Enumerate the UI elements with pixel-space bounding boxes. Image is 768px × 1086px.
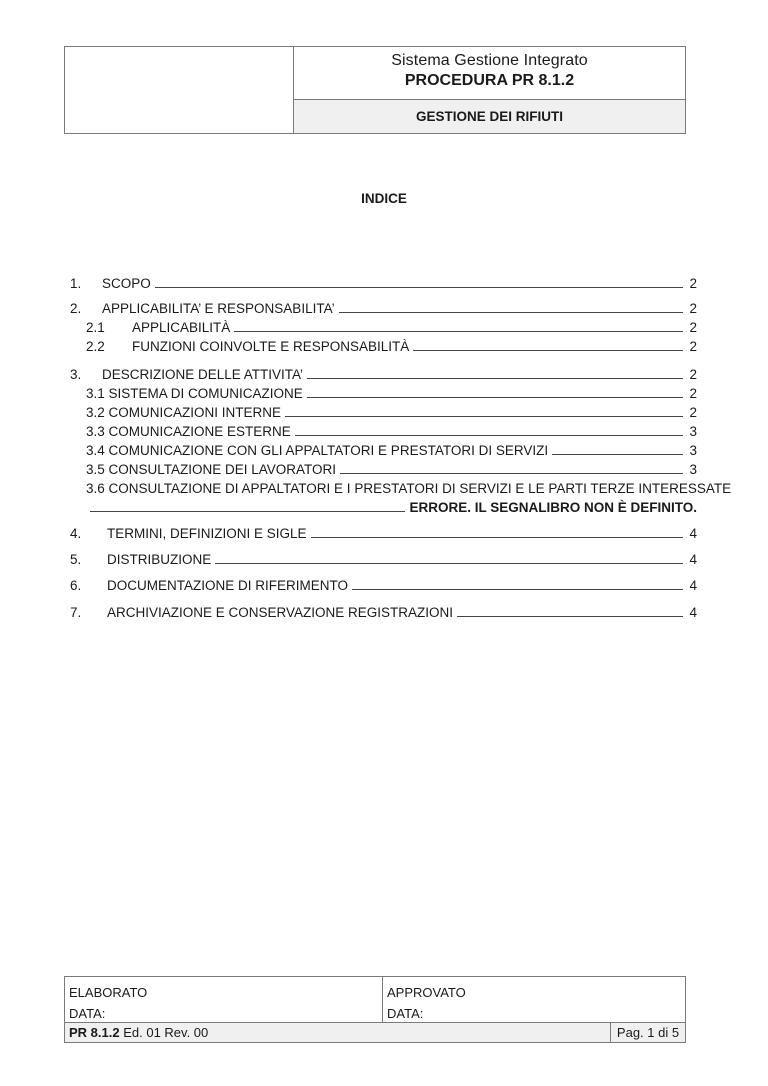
approved-date-label: DATA: [387,1003,466,1024]
toc-page-number: 2 [687,367,697,382]
toc-entry-title: DOCUMENTAZIONE DI RIFERIMENTO [107,578,348,593]
prepared-date-label: DATA: [69,1003,378,1024]
logo-cell [65,47,294,133]
toc-entry-number: 2. [70,301,102,316]
toc-entry-number: 1. [70,276,102,291]
toc-page-number: 2 [687,320,697,335]
toc-page-number: 3 [687,443,697,458]
toc-leader-line [307,397,683,398]
footer-edition: Ed. 01 Rev. 00 [123,1025,208,1040]
toc-page-number: 4 [687,605,697,620]
toc-page-number: 4 [687,552,697,567]
toc-page-number: 2 [687,405,697,420]
procedure-subject: GESTIONE DEI RIFIUTI [294,100,685,133]
toc-entry-number: 7. [70,605,107,620]
toc-entry[interactable]: 5.DISTRIBUZIONE4 [70,549,697,567]
toc-entry[interactable]: 3.6 CONSULTAZIONE DI APPALTATORI E I PRE… [86,478,697,496]
toc-entry-title: 3.5 CONSULTAZIONE DEI LAVORATORI [86,462,336,477]
toc-leader-line [307,378,683,379]
document-footer: ELABORATO DATA: APPROVATO DATA: PR 8.1.2… [64,976,686,1043]
toc-entry[interactable]: 3.1 SISTEMA DI COMUNICAZIONE2 [86,383,697,401]
toc-page-number: 4 [687,526,697,541]
toc-leader-line [155,287,683,288]
toc-entry[interactable]: 3.DESCRIZIONE DELLE ATTIVITA’2 [70,364,697,382]
page-number: Pag. 1 di 5 [610,1023,685,1042]
toc-entry[interactable]: ERRORE. IL SEGNALIBRO NON È DEFINITO. [90,497,697,515]
toc-page-number: 3 [687,424,697,439]
toc-entry-number: 6. [70,578,107,593]
toc-leader-line [340,473,683,474]
toc-leader-line [295,435,683,436]
toc-entry-number: 2.2 [86,339,132,354]
toc-entry[interactable]: 6.DOCUMENTAZIONE DI RIFERIMENTO4 [70,575,697,593]
prepared-label: ELABORATO [69,982,378,1003]
procedure-code: PROCEDURA PR 8.1.2 [294,72,685,90]
toc-page-number: 2 [687,386,697,401]
toc-leader-line [457,616,683,617]
toc-page-number: 2 [687,301,697,316]
toc-entry-title: 3.3 COMUNICAZIONE ESTERNE [86,424,291,439]
toc-leader-line [339,312,683,313]
toc-entry[interactable]: 1.SCOPO2 [70,273,697,291]
footer-doc-code: PR 8.1.2 [69,1025,120,1040]
approved-label: APPROVATO [387,982,466,1003]
toc-entry-title: DESCRIZIONE DELLE ATTIVITA’ [102,367,303,382]
toc-entry-title: APPLICABILITÀ [132,320,230,335]
toc-entry-title: FUNZIONI COINVOLTE E RESPONSABILITÀ [132,339,409,354]
toc-entry[interactable]: 3.5 CONSULTAZIONE DEI LAVORATORI3 [86,459,697,477]
toc-entry-title: 3.4 COMUNICAZIONE CON GLI APPALTATORI E … [86,443,548,458]
toc-leader-line [215,563,683,564]
document-header: Sistema Gestione Integrato PROCEDURA PR … [64,46,686,134]
toc-leader-line [90,511,405,512]
index-title: INDICE [0,191,768,206]
toc-entry[interactable]: 2.APPLICABILITA’ E RESPONSABILITA’2 [70,298,697,316]
toc-entry-title: DISTRIBUZIONE [107,552,211,567]
toc-leader-line [285,416,683,417]
toc-entry-title: SCOPO [102,276,151,291]
toc-entry-number: 2.1 [86,320,132,335]
toc-entry-number: 3. [70,367,102,382]
toc-entry-title: APPLICABILITA’ E RESPONSABILITA’ [102,301,335,316]
toc-page-number: 3 [687,462,697,477]
toc-leader-line [311,537,683,538]
system-name: Sistema Gestione Integrato [294,52,685,70]
toc-bookmark-error: ERRORE. IL SEGNALIBRO NON È DEFINITO. [409,500,697,515]
toc-entry-title: TERMINI, DEFINIZIONI E SIGLE [107,526,307,541]
toc-entry[interactable]: 3.3 COMUNICAZIONE ESTERNE3 [86,421,697,439]
toc-entry-title: 3.1 SISTEMA DI COMUNICAZIONE [86,386,303,401]
toc-page-number: 2 [687,276,697,291]
toc-leader-line [352,589,683,590]
toc-entry-title: ARCHIVIAZIONE E CONSERVAZIONE REGISTRAZI… [107,605,453,620]
toc-entry-title: 3.2 COMUNICAZIONI INTERNE [86,405,281,420]
toc-leader-line [234,331,683,332]
toc-entry-title: 3.6 CONSULTAZIONE DI APPALTATORI E I PRE… [86,481,731,496]
toc-entry[interactable]: 3.4 COMUNICAZIONE CON GLI APPALTATORI E … [86,440,697,458]
toc-page-number: 4 [687,578,697,593]
toc-leader-line [552,454,683,455]
toc-entry[interactable]: 2.2FUNZIONI COINVOLTE E RESPONSABILITÀ2 [86,336,697,354]
toc-entry[interactable]: 7.ARCHIVIAZIONE E CONSERVAZIONE REGISTRA… [70,602,697,620]
toc-entry-number: 4. [70,526,107,541]
toc-entry[interactable]: 3.2 COMUNICAZIONI INTERNE2 [86,402,697,420]
toc-page-number: 2 [687,339,697,354]
toc-leader-line [413,350,683,351]
toc-entry[interactable]: 2.1APPLICABILITÀ2 [86,317,697,335]
toc-entry-number: 5. [70,552,107,567]
toc-entry[interactable]: 4.TERMINI, DEFINIZIONI E SIGLE4 [70,523,697,541]
